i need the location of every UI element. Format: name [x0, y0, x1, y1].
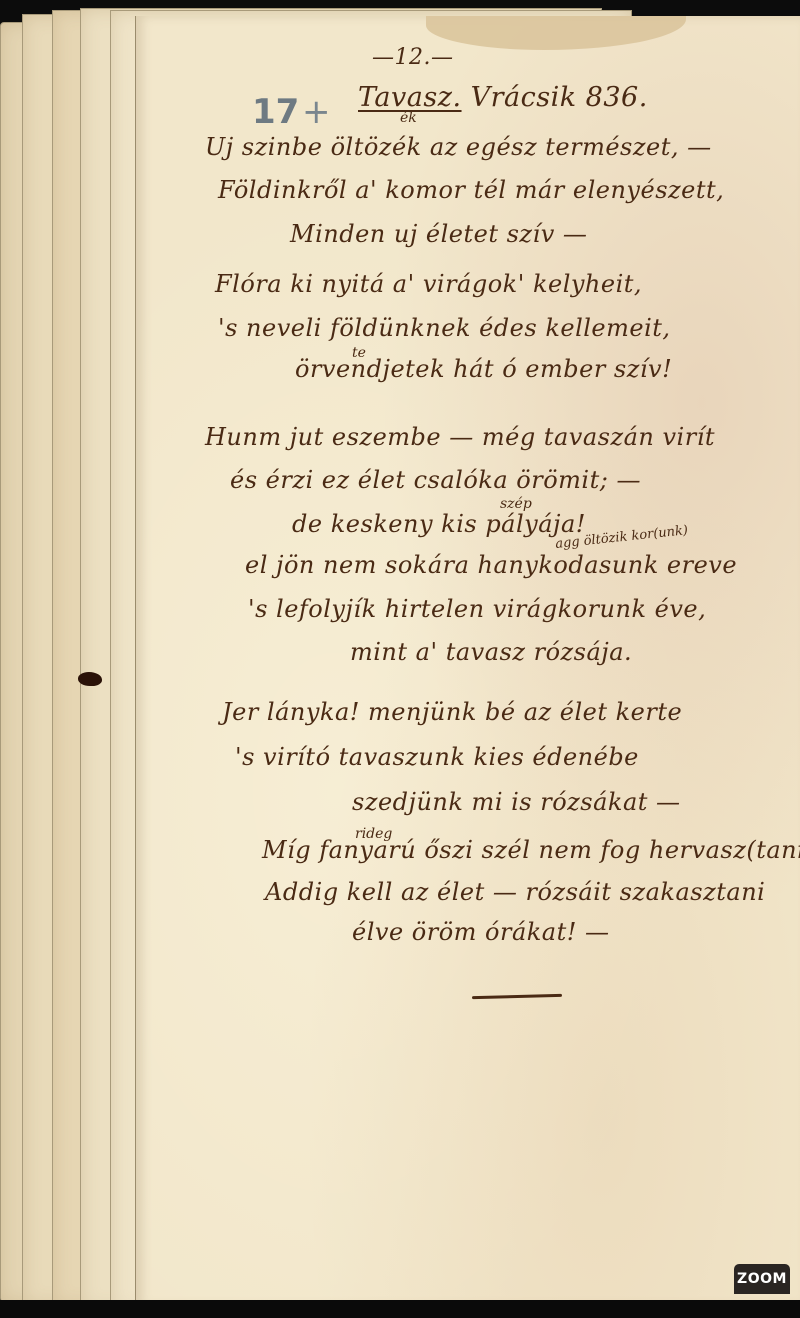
poem-line: de keskeny kis pályája!	[292, 512, 586, 536]
poem-line: és érzi ez élet csalóka örömit; —	[230, 468, 641, 492]
poem-line: Jer lányka! menjünk bé az élet kerte	[222, 700, 682, 724]
pencil-note: 17	[252, 92, 299, 132]
poem-line: 's virító tavaszunk kies édenébe	[235, 745, 639, 769]
torn-top-edge	[426, 16, 686, 50]
poem-author-date: Vrácsik 836.	[471, 82, 648, 113]
poem-heading: Tavasz.	[358, 82, 462, 113]
pencil-mark: +	[302, 92, 331, 132]
zoom-watermark-label: ZOOM	[737, 1271, 787, 1287]
poem-line: élve öröm órákat! —	[352, 920, 610, 944]
zoom-watermark-button[interactable]: ZOOM	[734, 1264, 790, 1294]
poem-line: 's lefolyjík hirtelen virágkorunk éve,	[248, 597, 706, 621]
poem-line: Flóra ki nyitá a' virágok' kelyheit,	[215, 272, 642, 296]
poem-line: el jön nem sokára hanykodasunk ereve	[245, 553, 737, 577]
background-edge	[0, 1300, 800, 1318]
manuscript-stack: —12.— 17 + Tavasz. Vrácsik 836. ék Uj sz…	[0, 0, 800, 1318]
poem-line: örvendjetek hát ó ember szív!	[295, 357, 672, 381]
poem-line: szedjünk mi is rózsákat —	[352, 790, 681, 814]
page-number: —12.—	[372, 47, 454, 69]
poem-line: Míg fanyarú őszi szél nem fog hervasz(ta…	[262, 838, 800, 862]
correction: ék	[400, 110, 417, 126]
poem-line: 's neveli földünknek édes kellemeit,	[218, 316, 671, 340]
poem-line: Uj szinbe öltözék az egész természet, —	[205, 135, 712, 159]
poem-line: Addig kell az élet — rózsáit szakasztani	[265, 880, 765, 904]
ink-blot	[78, 672, 102, 686]
poem-title: Tavasz. Vrácsik 836.	[358, 84, 648, 111]
poem-line: Földinkről a' komor tél már elenyészett,	[218, 178, 724, 202]
poem-line: Hunm jut eszembe — még tavaszán virít	[205, 425, 715, 449]
poem-line: mint a' tavasz rózsája.	[350, 640, 632, 664]
poem-line: Minden uj életet szív —	[290, 222, 587, 246]
